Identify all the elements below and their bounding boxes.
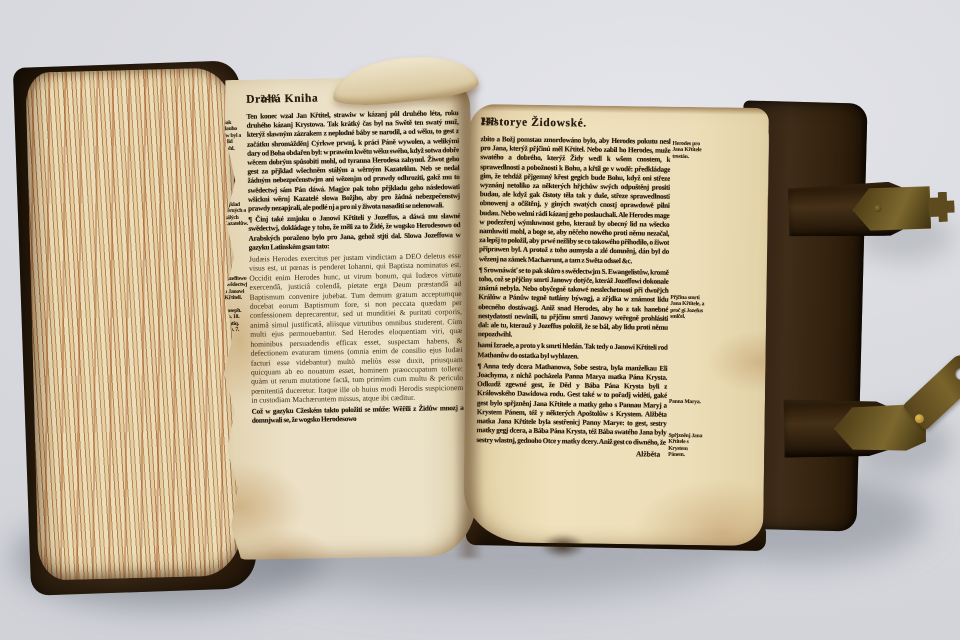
left-page-text-block: 248 Druhá Kniha Ten konec wzal Jan Křtit…	[246, 90, 464, 428]
body-paragraph: Což w gazyku Cžeském takto položiti se m…	[252, 404, 464, 426]
body-paragraph: hami Izraele, a proto y k smrti hledán. …	[477, 342, 667, 363]
upper-clasp-hook	[928, 192, 955, 223]
margin-note: Herodes pro Jana Křtitele trestán.	[672, 141, 708, 161]
right-page-text-block: Historye Židowské. 249 zbito a Božj poms…	[476, 116, 671, 458]
right-page: Historye Židowské. 249 zbito a Božj poms…	[463, 104, 769, 546]
gutter-shadow	[450, 84, 484, 558]
left-running-head: Druhá Kniha	[246, 92, 318, 105]
left-page-block-fore-edge	[25, 67, 244, 580]
right-page-header: Historye Židowské. 249	[481, 116, 671, 134]
left-page: 248 Druhá Kniha Ten konec wzal Jan Křtit…	[218, 76, 478, 560]
body-paragraph: zbito a Božj pomstau zmordowáno bylo, ab…	[479, 135, 671, 266]
latin-passage: Judæis Herodes exercitus per justam vind…	[249, 251, 464, 405]
upper-clasp-strap	[787, 165, 960, 282]
body-paragraph: ¶ Anna tedy dcera Mathanowa, Sobe sestra…	[476, 362, 667, 447]
gutter-bottom-notch	[540, 534, 586, 558]
left-page-body: Ten konec wzal Jan Křtitel, strawiw w ká…	[246, 109, 463, 428]
body-paragraph: ¶ Srownáwáť se to pak skůro s swědectwjm…	[478, 266, 669, 342]
lower-clasp-strap	[783, 370, 960, 483]
body-paragraph: Ten konec wzal Jan Křtitel, strawiw w ká…	[246, 109, 460, 214]
margin-note: Spřjzněnj Jana Křtitele s Krystem Pánem.	[668, 433, 704, 459]
photo-of-antique-book: 248 Druhá Kniha Ten konec wzal Jan Křtit…	[0, 0, 960, 640]
catchword: Alžběta	[476, 447, 666, 459]
clasp-catch-hole	[953, 366, 960, 383]
margin-note: Panna Marya.	[669, 399, 705, 406]
lower-clasp-rivet	[915, 414, 924, 423]
body-paragraph: ¶ Činj také zmjnku o Janowi Křtiteli y J…	[248, 212, 461, 253]
right-page-number: 249	[481, 116, 500, 127]
right-page-body: zbito a Božj pomstau zmordowáno bylo, ab…	[476, 135, 670, 449]
margin-note: Přjčina smrti Jana Křtitele, a proč gi J…	[670, 295, 706, 321]
